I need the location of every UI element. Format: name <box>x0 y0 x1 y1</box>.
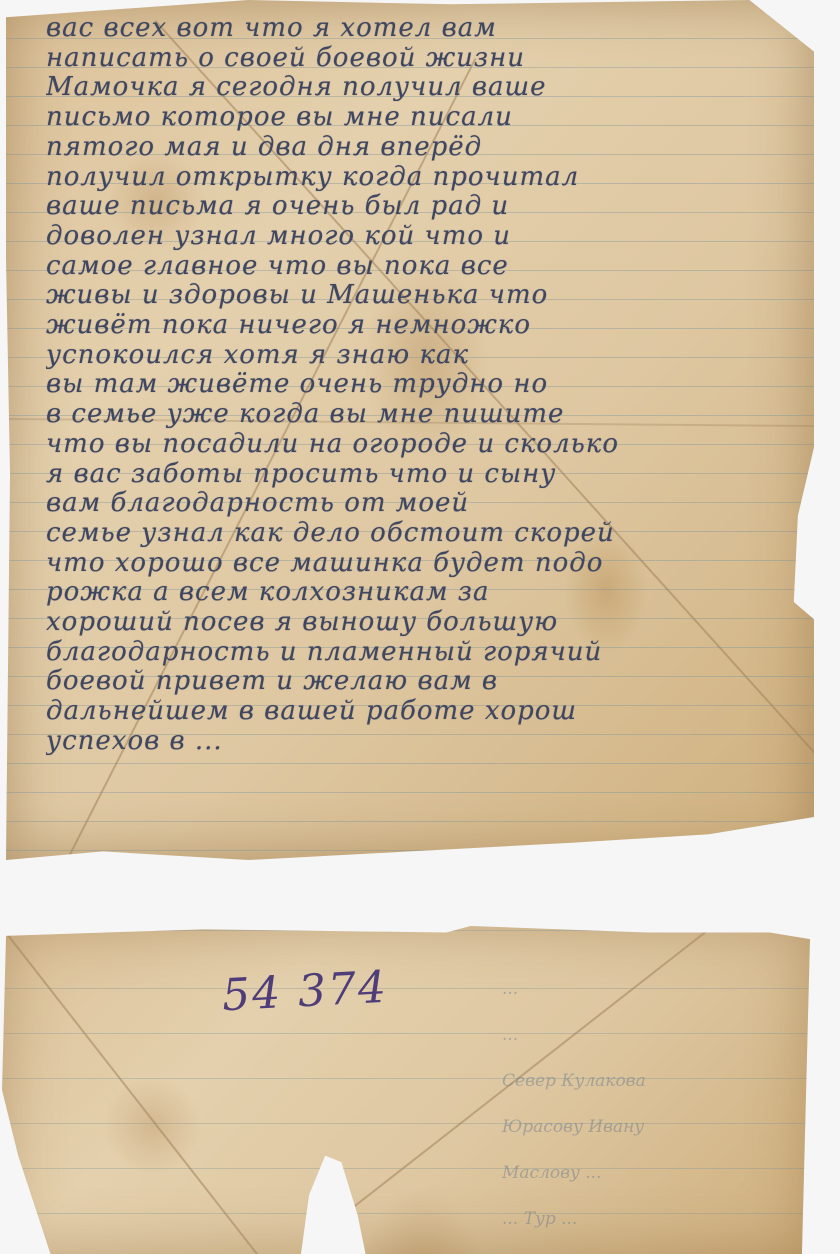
letter-line: пятого мая и два дня вперёд <box>46 133 806 163</box>
letter-line: живёт пока ничего я немножко <box>46 311 806 341</box>
faint-line: ... Тур ... <box>502 1196 802 1242</box>
letter-line: доволен узнал много кой что и <box>46 222 806 252</box>
envelope-page: ... ... Север Кулакова Юрасову Ивану Мас… <box>2 926 810 1254</box>
letter-line: вы там живёте очень трудно но <box>46 370 806 400</box>
handwritten-letter-text: вас всех вот что я хотел вам написать о … <box>46 14 806 757</box>
letter-line: дальнейшем в вашей работе хорош <box>46 697 806 727</box>
letter-line: письмо которое вы мне писали <box>46 103 806 133</box>
faint-line: ... <box>502 1012 802 1058</box>
letter-line: Мамочка я сегодня получил ваше <box>46 73 806 103</box>
letter-line: в семье уже когда вы мне пишите <box>46 400 806 430</box>
letter-line: что вы посадили на огороде и сколько <box>46 430 806 460</box>
letter-line: что хорошо все машинка будет подо <box>46 549 806 579</box>
faint-line: Север Кулакова <box>502 1058 802 1104</box>
faint-line: ... <box>502 966 802 1012</box>
letter-page: вас всех вот что я хотел вам написать о … <box>6 0 814 860</box>
letter-line: вас всех вот что я хотел вам <box>46 14 806 44</box>
faint-address-text: ... ... Север Кулакова Юрасову Ивану Мас… <box>502 966 802 1242</box>
letter-line: хороший посев я выношу большую <box>46 608 806 638</box>
letter-line: благодарность и пламенный горячий <box>46 638 806 668</box>
letter-line: я вас заботы просить что и сыну <box>46 460 806 490</box>
letter-line: получил открытку когда прочитал <box>46 163 806 193</box>
letter-line: боевой привет и желаю вам в <box>46 667 806 697</box>
letter-line: рожка а всем колхозникам за <box>46 578 806 608</box>
letter-line: ваше письма я очень был рад и <box>46 192 806 222</box>
letter-line: семье узнал как дело обстоит скорей <box>46 519 806 549</box>
letter-line: успехов в ... <box>46 727 806 757</box>
faint-line: Маслову ... <box>502 1150 802 1196</box>
field-post-number: 54 374 <box>221 962 389 1022</box>
faint-line: Юрасову Ивану <box>502 1104 802 1150</box>
letter-line: самое главное что вы пока все <box>46 252 806 282</box>
letter-line: вам благодарность от моей <box>46 489 806 519</box>
letter-line: успокоился хотя я знаю как <box>46 341 806 371</box>
letter-line: живы и здоровы и Машенька что <box>46 281 806 311</box>
letter-line: написать о своей боевой жизни <box>46 44 806 74</box>
